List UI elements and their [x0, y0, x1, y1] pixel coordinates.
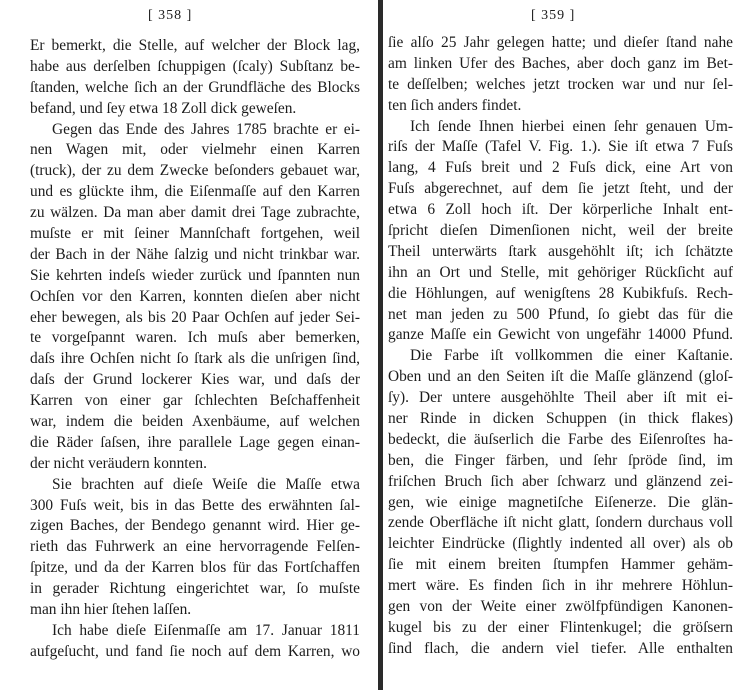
text-line: net man jeden zu 500 Pfund, ſo giebt das…: [388, 305, 733, 326]
text-line: Karren von einer gar ſchlechten Beſchaff…: [30, 391, 360, 412]
text-line: Ochſen vor den Karren, konnten dieſen ab…: [30, 287, 360, 308]
text-line: Theil unterwärts ſtark ausgehöhlt iſt; i…: [388, 242, 733, 263]
text-line: Ich ſende Ihnen hierbei einen ſehr genau…: [388, 117, 733, 138]
text-line: man ihn hier ſtehen laſſen.: [30, 600, 360, 621]
text-line: Er bemerkt, die Stelle, auf welcher der …: [30, 36, 360, 57]
text-line: eher bewegen, als bis 20 Paar Ochſen auf…: [30, 308, 360, 329]
page-number-left: [ 358 ]: [148, 8, 192, 24]
text-line: zende Oberfläche iſt nicht glatt, ſonder…: [388, 513, 733, 534]
text-line: Fuſs abgerechnet, auf dem ſie jetzt ſteh…: [388, 179, 733, 200]
text-line: te deſſelben; welches jetzt trocken war …: [388, 75, 733, 96]
text-line: muſste er mit ſeiner Mannſchaft fortgehe…: [30, 224, 360, 245]
text-line: befand, und ſey etwa 18 Zoll dick geweſe…: [30, 99, 360, 120]
text-line: der nicht veräudern konnten.: [30, 454, 360, 475]
text-line: ſpitze, und da der Karren blos für das F…: [30, 558, 360, 579]
text-line: (truck), der zu dem Zwecke beſonders geb…: [30, 161, 360, 182]
text-line: gen, wie einige magnetiſche Eiſenerze. D…: [388, 493, 733, 514]
text-line: daſs der Grund lockerer Kies war, und da…: [30, 370, 360, 391]
text-line: ſtanden, welche ſich an der Grundfläche …: [30, 78, 360, 99]
text-line: nen Wagen mit, oder vielmehr einen Karre…: [30, 140, 360, 161]
text-line: Gegen das Ende des Jahres 1785 brachte e…: [30, 120, 360, 141]
text-line: bedeckt, die äuſserlich die Farbe des Ei…: [388, 430, 733, 451]
left-page: [ 358 ] Er bemerkt, die Stelle, auf welc…: [0, 0, 378, 690]
text-line: rieth das Fuhrwerk an eine hervorragende…: [30, 537, 360, 558]
page-number-right: [ 359 ]: [531, 8, 575, 24]
right-page: [ 359 ] ſie alſo 25 Jahr gelegen hatte; …: [383, 0, 750, 690]
text-line: Die Farbe iſt vollkommen die einer Kaſta…: [388, 346, 733, 367]
text-line: ner Rinde in dicken Schuppen (in thick f…: [388, 409, 733, 430]
text-line: ten ſich anders findet.: [388, 96, 733, 117]
text-line: Sie brachten auf dieſe Weiſe die Maſſe e…: [30, 475, 360, 496]
text-line: Sie kehrten indeſs wieder zurück und ſpa…: [30, 266, 360, 287]
text-line: ganze Maſſe ein Gewicht von ungefähr 140…: [388, 325, 733, 346]
text-line: zu wälzen. Da man aber damit drei Tage z…: [30, 203, 360, 224]
text-line: leichter Eindrücke (ſlightly indented al…: [388, 534, 733, 555]
text-line: Oben und an den Seiten iſt die Maſſe glä…: [388, 367, 733, 388]
left-page-text: Er bemerkt, die Stelle, auf welcher der …: [30, 36, 360, 663]
text-line: etwa 6 Zoll hoch iſt. Der körperliche In…: [388, 200, 733, 221]
text-line: die Höhlungen, auf wenigſtens 28 Kubikfu…: [388, 284, 733, 305]
text-line: ſpricht dieſen Dimenſionen nicht, weil d…: [388, 221, 733, 242]
text-line: riſs der Maſſe (Tafel V. Fig. 1.). Sie i…: [388, 137, 733, 158]
text-line: 300 Fuſs weit, bis in das Bette des erwä…: [30, 496, 360, 517]
text-line: war, indem die beiden Axenbäume, auf wel…: [30, 412, 360, 433]
text-line: ſind flach, die andern viel tiefer. Alle…: [388, 639, 733, 660]
text-line: ſie alſo 25 Jahr gelegen hatte; und dieſ…: [388, 33, 733, 54]
text-line: der Bach in der Nähe ſalzig und nicht tr…: [30, 245, 360, 266]
text-line: habe aus derſelben ſchuppigen (ſcaly) Su…: [30, 57, 360, 78]
right-page-text: ſie alſo 25 Jahr gelegen hatte; und dieſ…: [388, 33, 733, 660]
text-line: daſs ihre Ochſen nicht ſo ſtark als die …: [30, 349, 360, 370]
text-line: friſchen Bruch ſich aber ſchwarz und glä…: [388, 472, 733, 493]
text-line: ihn an Ort und Stelle, mit gehöriger Rüc…: [388, 263, 733, 284]
text-line: am linken Ufer des Baches, aber doch gan…: [388, 54, 733, 75]
text-line: zigen Baches, der Bendego genannt wird. …: [30, 516, 360, 537]
text-line: die Räder ſaſsen, ihre parallele Lage ge…: [30, 433, 360, 454]
text-line: te vorgeſpannt waren. Ich muſs aber beme…: [30, 328, 360, 349]
text-line: in gerader Richtung eingerichtet war, ſo…: [30, 579, 360, 600]
text-line: und es glückte ihm, die Eiſenmaſſe auf d…: [30, 182, 360, 203]
text-line: ſie mit einem breiten ſtumpfen Hammer ge…: [388, 555, 733, 576]
text-line: ben, die Finger färben, und ſehr ſpröde …: [388, 451, 733, 472]
text-line: gen von der Weite einer zwölfpfündigen K…: [388, 597, 733, 618]
text-line: Ich habe dieſe Eiſenmaſſe am 17. Januar …: [30, 621, 360, 642]
text-line: ſy). Der untere ausgehöhlte Theil aber i…: [388, 388, 733, 409]
text-line: lang, 4 Fuſs breit und 2 Fuſs dick, eine…: [388, 158, 733, 179]
text-line: kugel bis zu der einer Flintenkugel; die…: [388, 618, 733, 639]
text-line: mert wäre. Es finden ſich in ihr mehrere…: [388, 576, 733, 597]
text-line: aufgeſucht, und fand ſie noch auf dem Ka…: [30, 642, 360, 663]
